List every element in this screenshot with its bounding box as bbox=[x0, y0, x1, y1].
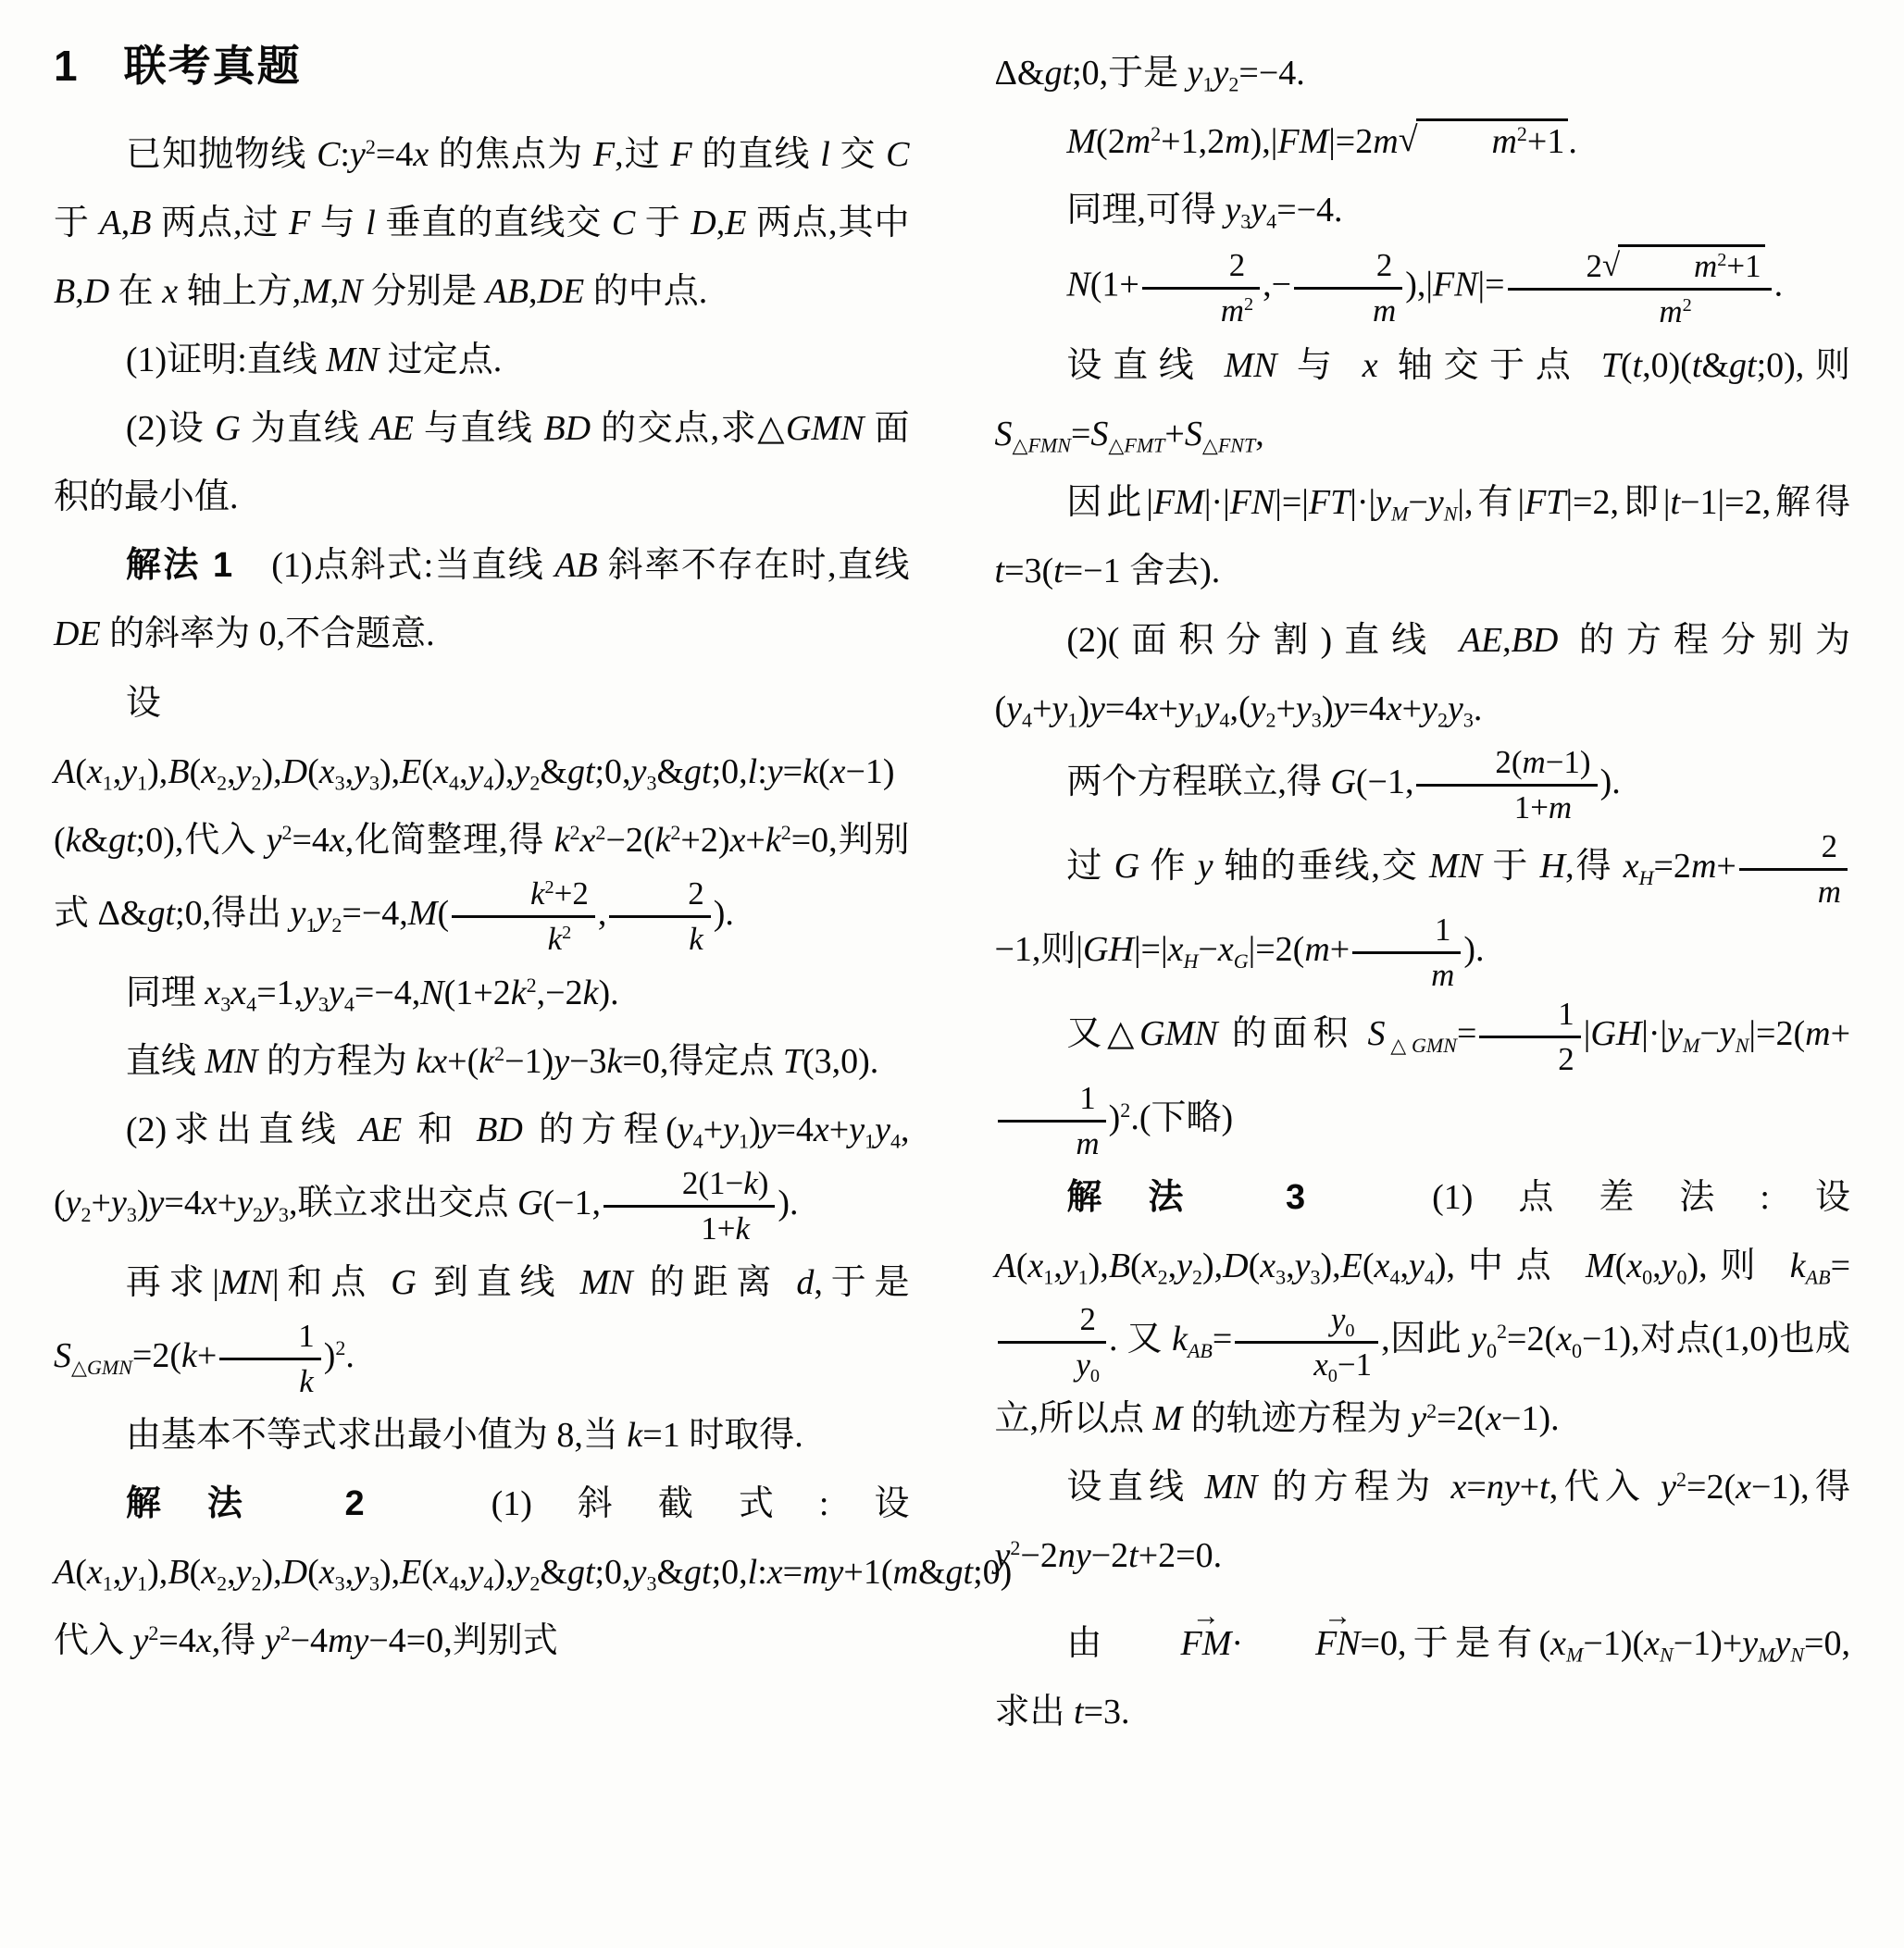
paragraph: M(2m2+1,2m),|FM|=2m√m2+1. bbox=[995, 107, 1851, 176]
paragraph: N(1+2m2,−2m),|FN|=2√m2+1m2. bbox=[995, 244, 1851, 331]
paragraph: 解法 2 (1)斜截式:设 A(x1,y1),B(x2,y2),D(x3,y3)… bbox=[54, 1470, 910, 1675]
paragraph: Δ&gt;0,于是 y1y2=−4. bbox=[995, 39, 1851, 107]
paragraph: (2)设 G 为直线 AE 与直线 BD 的交点,求△GMN 面积的最小值. bbox=[54, 394, 910, 531]
paragraph: 解法 1 (1)点斜式:当直线 AB 斜率不存在时,直线 DE 的斜率为 0,不… bbox=[54, 531, 910, 668]
paragraph: 同理 x3x4=1,y3y4=−4,N(1+2k2,−2k). bbox=[54, 959, 910, 1027]
paragraph: 因此|FM|·|FN|=|FT|·|yM−yN|,有|FT|=2,即|t−1|=… bbox=[995, 468, 1851, 605]
paragraph: 设直线 MN 的方程为 x=ny+t,代入 y2=2(x−1),得 y2−2ny… bbox=[995, 1453, 1851, 1590]
paragraph: 设 A(x1,y1),B(x2,y2),D(x3,y3),E(x4,y4),y2… bbox=[54, 669, 910, 959]
paragraph: 设直线 MN 与 x 轴交于点 T(t,0)(t&gt;0),则 S△FMN=S… bbox=[995, 331, 1851, 468]
document-page: 1 联考真题 已知抛物线 C:y2=4x 的焦点为 F,过 F 的直线 l 交 … bbox=[0, 0, 1904, 1948]
paragraph: 两个方程联立,得 G(−1,2(m−1)1+m). bbox=[995, 743, 1851, 827]
paragraph: 由FM·FN=0,于是有(xM−1)(xN−1)+yMyN=0,求出 t=3. bbox=[995, 1590, 1851, 1746]
paragraph: 再求|MN|和点 G 到直线 MN 的距离 d,于是 S△GMN=2(k+1k)… bbox=[54, 1248, 910, 1401]
paragraph: (2)(面积分割)直线 AE,BD 的方程分别为(y4+y1)y=4x+y1y4… bbox=[995, 606, 1851, 743]
paragraph: 直线 MN 的方程为 kx+(k2−1)y−3k=0,得定点 T(3,0). bbox=[54, 1027, 910, 1096]
left-column: 1 联考真题 已知抛物线 C:y2=4x 的焦点为 F,过 F 的直线 l 交 … bbox=[54, 39, 910, 1675]
section-heading: 1 联考真题 bbox=[54, 39, 910, 94]
paragraph: 解法 3 (1)点差法:设 A(x1,y1),B(x2,y2),D(x3,y3)… bbox=[995, 1163, 1851, 1453]
paragraph: (2)求出直线 AE 和 BD 的方程(y4+y1)y=4x+y1y4,(y2+… bbox=[54, 1096, 910, 1248]
paragraph: 又△GMN 的面积 S△GMN=12|GH|·|yM−yN|=2(m+1m)2.… bbox=[995, 995, 1851, 1163]
two-column-layout: 1 联考真题 已知抛物线 C:y2=4x 的焦点为 F,过 F 的直线 l 交 … bbox=[54, 39, 1850, 1747]
paragraph: 已知抛物线 C:y2=4x 的焦点为 F,过 F 的直线 l 交 C 于 A,B… bbox=[54, 120, 910, 326]
right-column: Δ&gt;0,于是 y1y2=−4.M(2m2+1,2m),|FM|=2m√m2… bbox=[995, 39, 1851, 1747]
paragraph: 同理,可得 y3y4=−4. bbox=[995, 176, 1851, 244]
paragraph: 由基本不等式求出最小值为 8,当 k=1 时取得. bbox=[54, 1401, 910, 1470]
paragraph: (1)证明:直线 MN 过定点. bbox=[54, 326, 910, 394]
paragraph: 过 G 作 y 轴的垂线,交 MN 于 H,得 xH=2m+2m−1,则|GH|… bbox=[995, 827, 1851, 996]
